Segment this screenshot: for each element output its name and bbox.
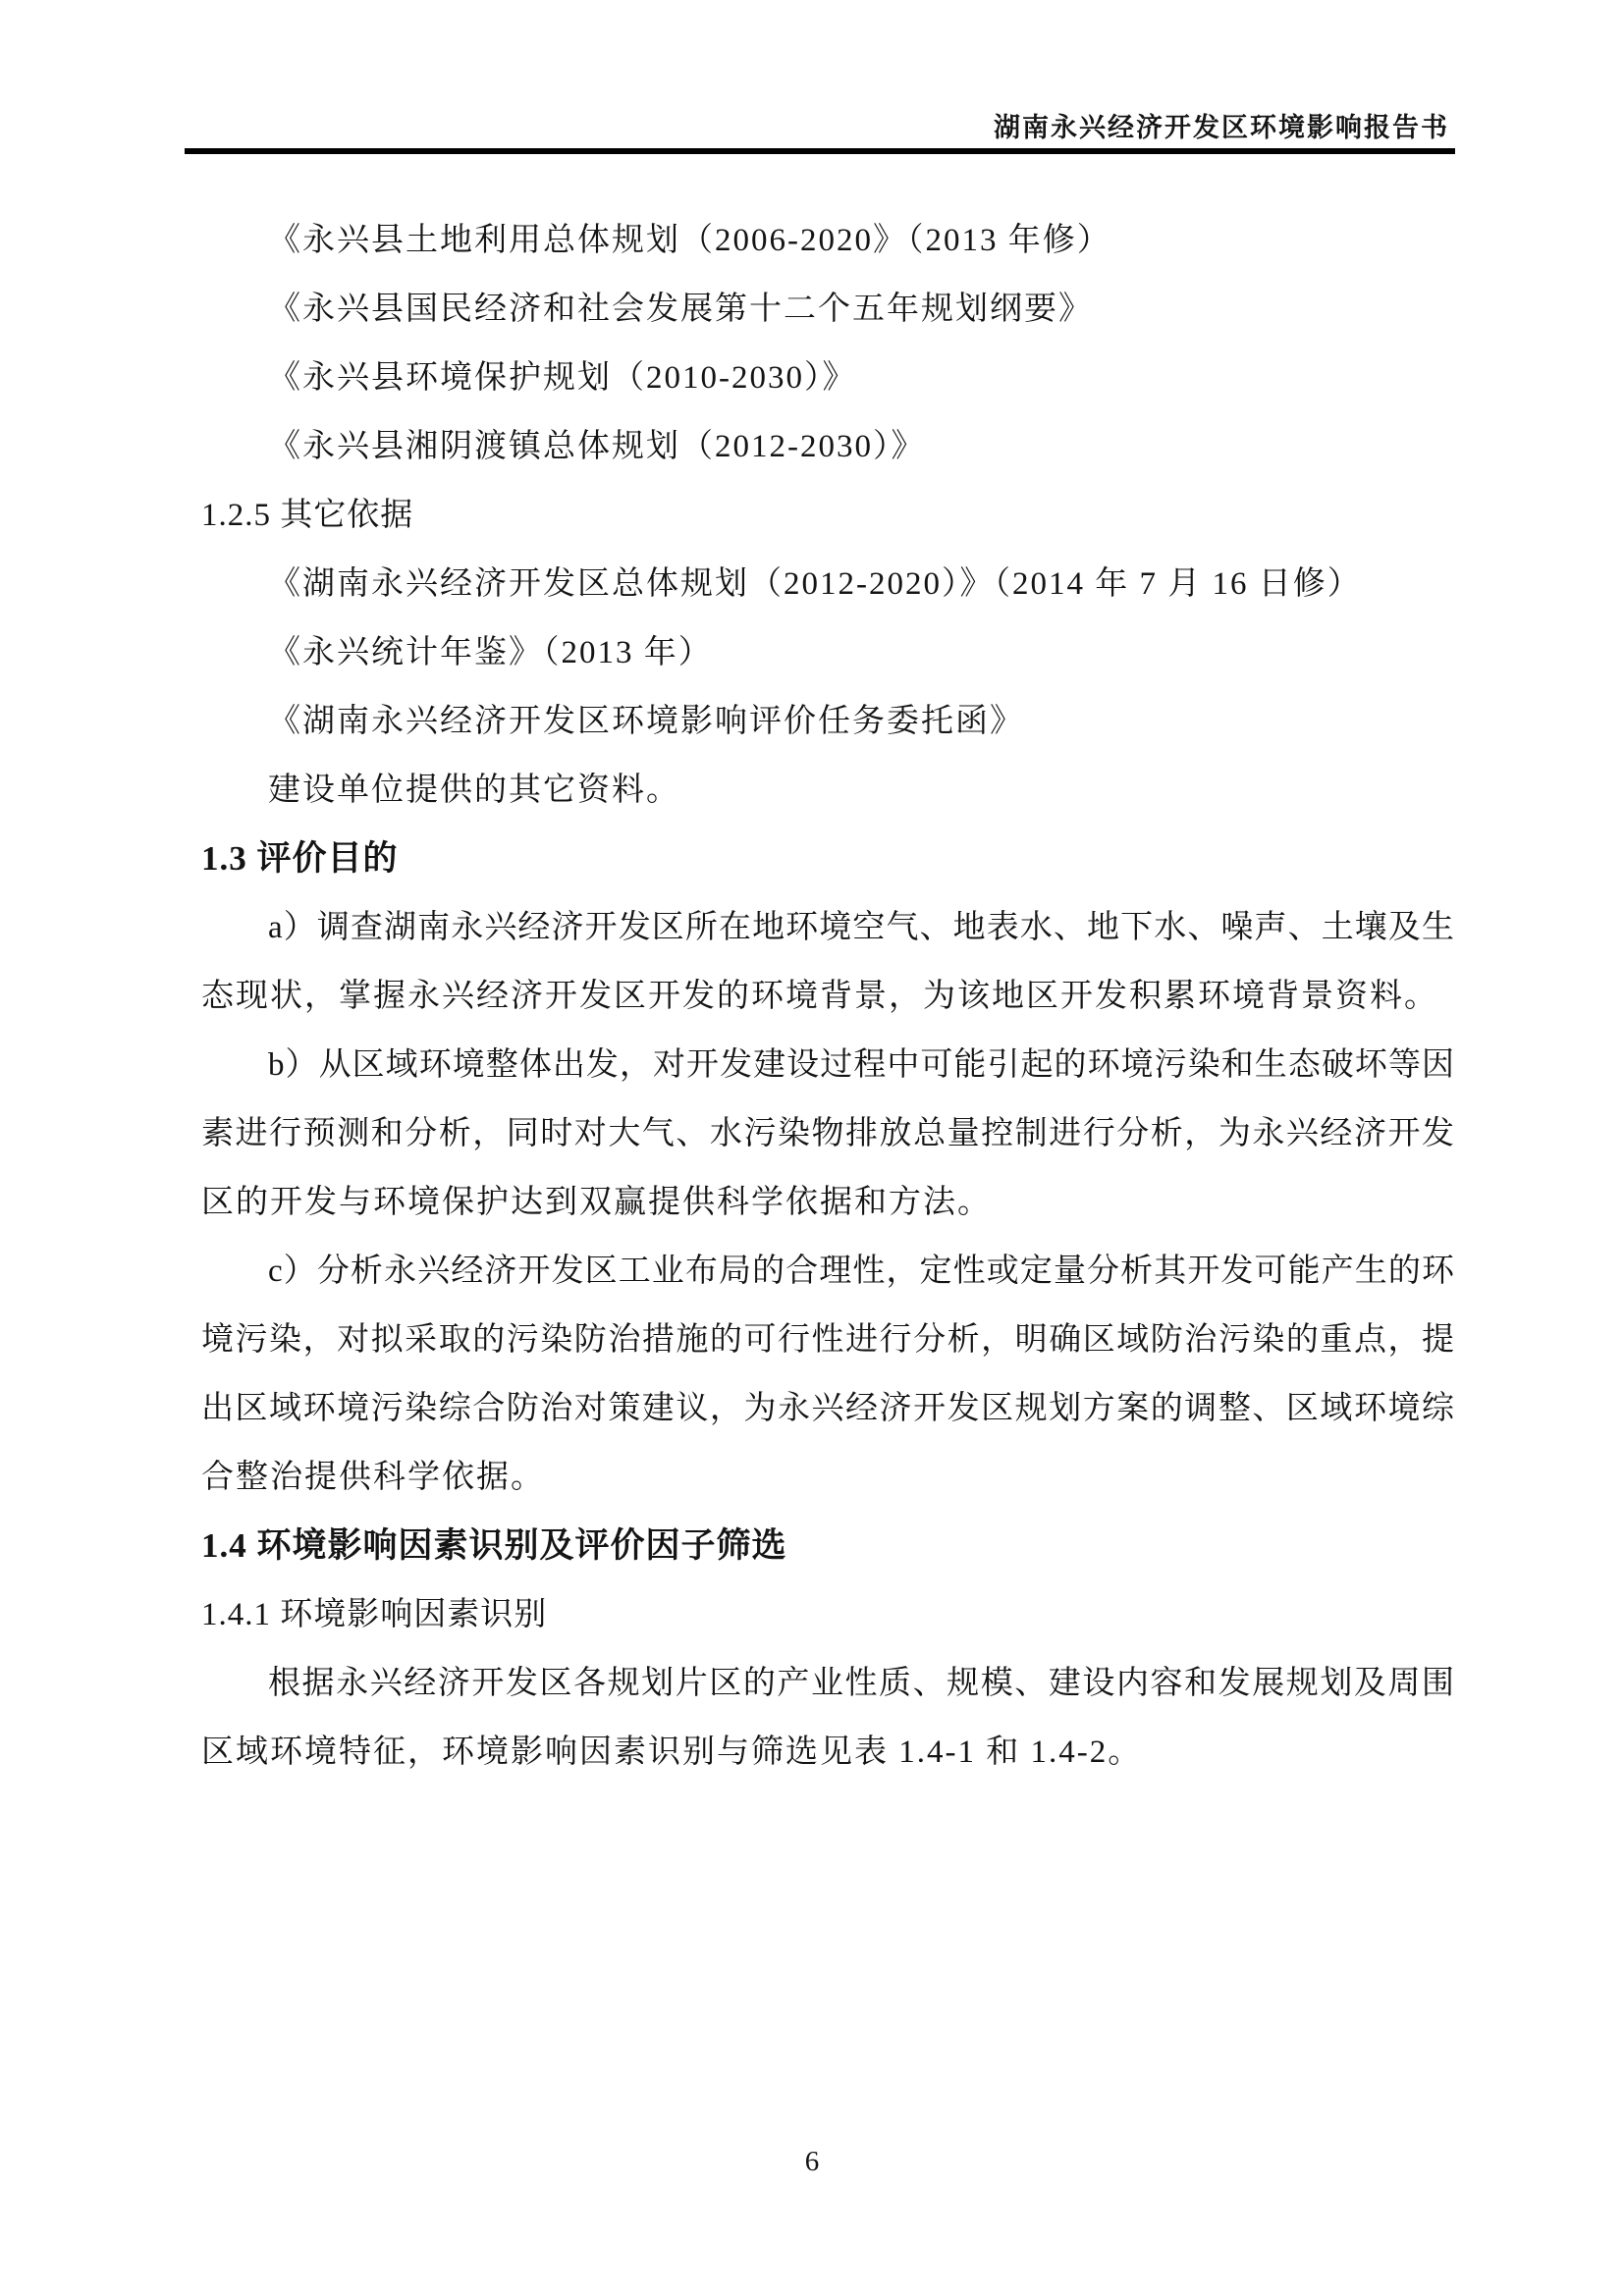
document-page: 湖南永兴经济开发区环境影响报告书 《永兴县土地利用总体规划（2006-2020》… (0, 0, 1624, 2296)
text-line: 1.4.1 环境影响因素识别 (201, 1592, 1454, 1637)
text-line: c）分析永兴经济开发区工业布局的合理性，定性或定量分析其开发可能产生的环 (201, 1249, 1454, 1294)
text-line: 《永兴县湘阴渡镇总体规划（2012-2030）》 (201, 424, 1454, 469)
text-line: 出区域环境污染综合防治对策建议，为永兴经济开发区规划方案的调整、区域环境综 (201, 1386, 1454, 1431)
text-line: 《湖南永兴经济开发区总体规划（2012-2020）》（2014 年 7 月 16… (201, 561, 1454, 607)
text-line: 《永兴县国民经济和社会发展第十二个五年规划纲要》 (201, 287, 1454, 332)
text-line: 《永兴县环境保护规划（2010-2030）》 (201, 355, 1454, 400)
text-line: 根据永兴经济开发区各规划片区的产业性质、规模、建设内容和发展规划及周围 (201, 1661, 1454, 1706)
text-line: b）从区域环境整体出发，对开发建设过程中可能引起的环境污染和生态破坏等因 (201, 1042, 1454, 1088)
page-number: 6 (0, 2146, 1624, 2178)
text-line: a）调查湖南永兴经济开发区所在地环境空气、地表水、地下水、噪声、土壤及生 (201, 905, 1454, 950)
text-line: 区域环境特征，环境影响因素识别与筛选见表 1.4-1 和 1.4-2。 (201, 1730, 1454, 1775)
document-body: 《永兴县土地利用总体规划（2006-2020》（2013 年修）《永兴县国民经济… (201, 0, 1454, 2296)
text-line: 境污染，对拟采取的污染防治措施的可行性进行分析，明确区域防治污染的重点，提 (201, 1317, 1454, 1362)
text-line: 合整治提供科学依据。 (201, 1455, 1454, 1500)
text-line: 《湖南永兴经济开发区环境影响评价任务委托函》 (201, 699, 1454, 744)
text-line: 《永兴县土地利用总体规划（2006-2020》（2013 年修） (201, 218, 1454, 263)
text-line: 1.4 环境影响因素识别及评价因子筛选 (201, 1523, 1454, 1569)
text-line: 区的开发与环境保护达到双赢提供科学依据和方法。 (201, 1180, 1454, 1225)
text-line: 1.3 评价目的 (201, 836, 1454, 881)
text-line: 素进行预测和分析，同时对大气、水污染物排放总量控制进行分析，为永兴经济开发 (201, 1111, 1454, 1156)
text-line: 1.2.5 其它依据 (201, 493, 1454, 538)
text-line: 《永兴统计年鉴》（2013 年） (201, 630, 1454, 675)
text-line: 建设单位提供的其它资料。 (201, 768, 1454, 813)
text-line: 态现状，掌握永兴经济开发区开发的环境背景，为该地区开发积累环境背景资料。 (201, 974, 1454, 1019)
